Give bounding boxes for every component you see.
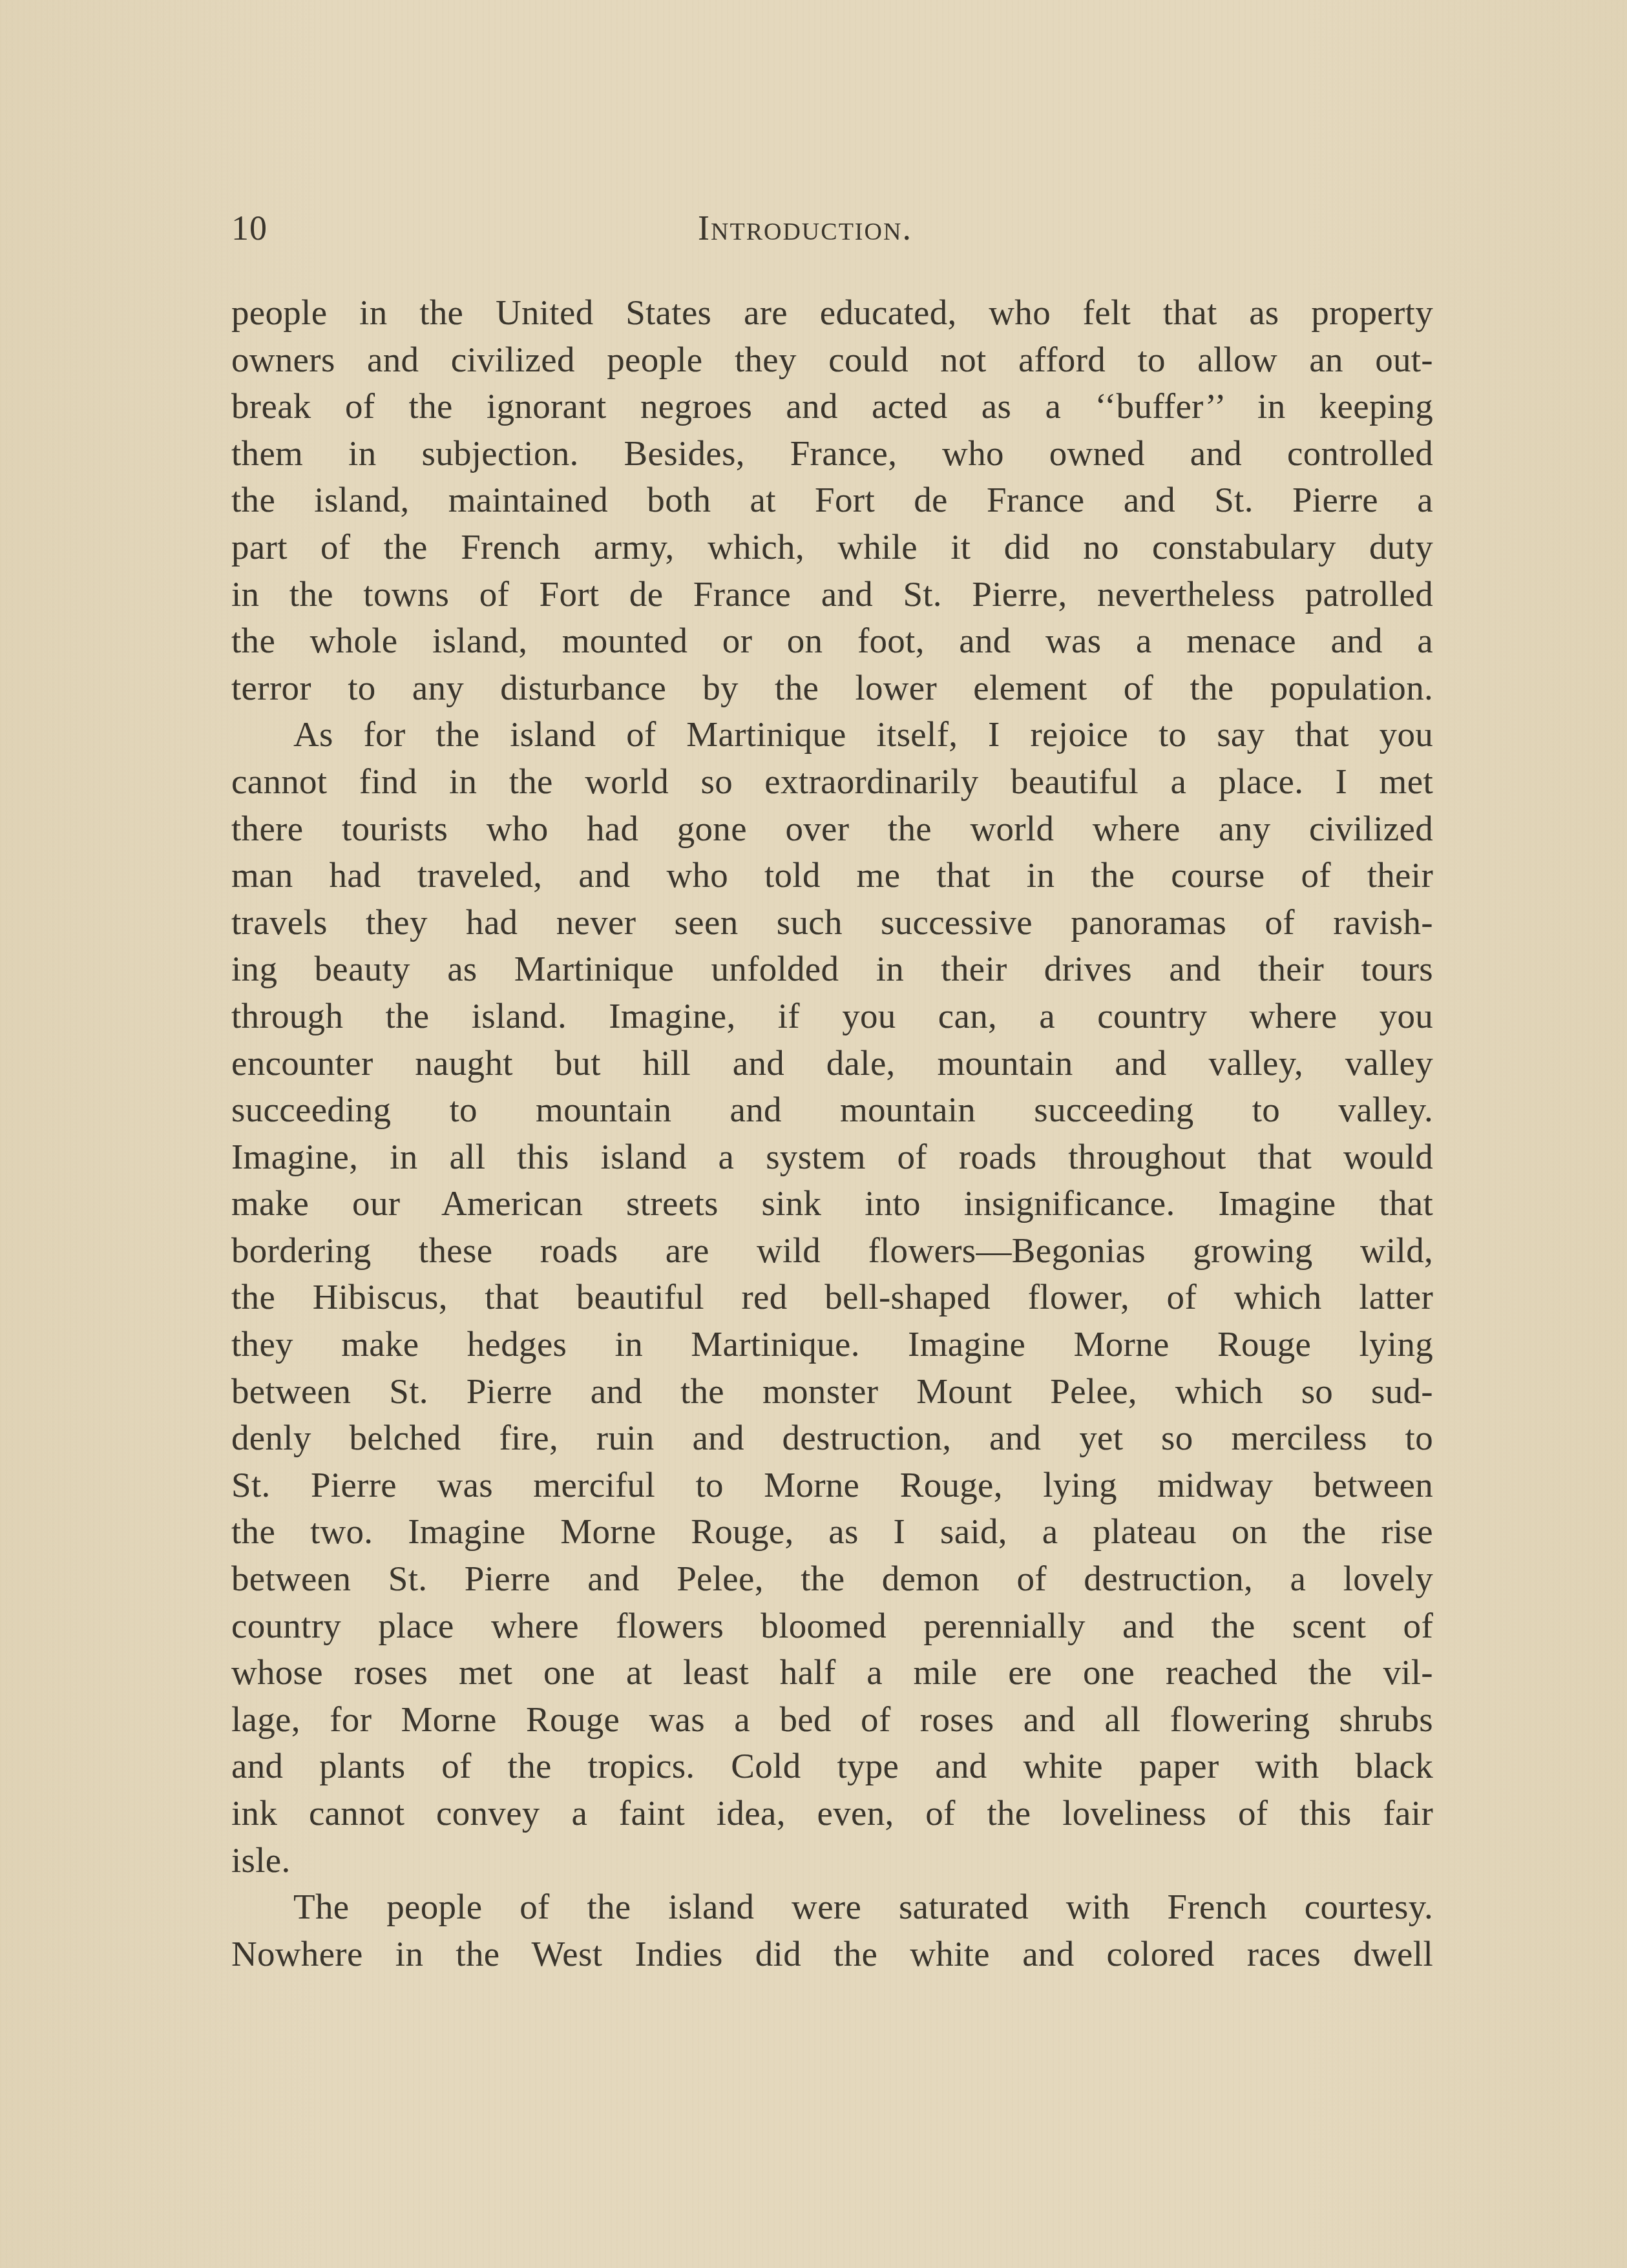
text-line: St. Pierre was merciful to Morne Rouge, … bbox=[231, 1462, 1433, 1509]
text-line: owners and civilized people they could n… bbox=[231, 337, 1433, 384]
book-page: 10 Introduction. people in the United St… bbox=[0, 0, 1627, 2268]
text-line: whose roses met one at least half a mile… bbox=[231, 1649, 1433, 1696]
running-title: Introduction. bbox=[698, 205, 912, 251]
running-head: 10 Introduction. bbox=[231, 205, 1433, 251]
text-line: man had traveled, and who told me that i… bbox=[231, 852, 1433, 899]
text-line: denly belched fire, ruin and destruction… bbox=[231, 1415, 1433, 1462]
text-line: and plants of the tropics. Cold type and… bbox=[231, 1743, 1433, 1790]
text-line: travels they had never seen such success… bbox=[231, 899, 1433, 946]
text-line: break of the ignorant negroes and acted … bbox=[231, 383, 1433, 430]
page-number: 10 bbox=[231, 205, 268, 251]
text-line: through the island. Imagine, if you can,… bbox=[231, 993, 1433, 1040]
text-line: make our American streets sink into insi… bbox=[231, 1180, 1433, 1227]
text-line: Imagine, in all this island a system of … bbox=[231, 1134, 1433, 1181]
text-line: between St. Pierre and Pelee, the demon … bbox=[231, 1555, 1433, 1603]
text-line: the island, maintained both at Fort de F… bbox=[231, 477, 1433, 524]
text-line: in the towns of Fort de France and St. P… bbox=[231, 571, 1433, 618]
text-line: there tourists who had gone over the wor… bbox=[231, 806, 1433, 853]
text-line: terror to any disturbance by the lower e… bbox=[231, 665, 1433, 712]
text-line: ink cannot convey a faint idea, even, of… bbox=[231, 1790, 1433, 1837]
text-line: lage, for Morne Rouge was a bed of roses… bbox=[231, 1696, 1433, 1743]
text-line: the Hibiscus, that beautiful red bell-sh… bbox=[231, 1274, 1433, 1321]
paragraph-end-line: isle. bbox=[231, 1837, 1433, 1884]
text-line: part of the French army, which, while it… bbox=[231, 524, 1433, 571]
text-line: between St. Pierre and the monster Mount… bbox=[231, 1368, 1433, 1415]
text-line: ing beauty as Martinique unfolded in the… bbox=[231, 946, 1433, 993]
text-line: country place where flowers bloomed pere… bbox=[231, 1603, 1433, 1650]
text-line: the two. Imagine Morne Rouge, as I said,… bbox=[231, 1508, 1433, 1555]
paragraph-start-line: As for the island of Martinique itself, … bbox=[231, 711, 1433, 758]
text-line: them in subjection. Besides, France, who… bbox=[231, 430, 1433, 477]
text-line: encounter naught but hill and dale, moun… bbox=[231, 1040, 1433, 1087]
body-text: people in the United States are educated… bbox=[231, 289, 1433, 1977]
text-line: they make hedges in Martinique. Imagine … bbox=[231, 1321, 1433, 1368]
text-line: the whole island, mounted or on foot, an… bbox=[231, 618, 1433, 665]
paragraph-start-line: The people of the island were saturated … bbox=[231, 1884, 1433, 1931]
text-line: Nowhere in the West Indies did the white… bbox=[231, 1931, 1433, 1978]
text-line: cannot find in the world so extraordinar… bbox=[231, 758, 1433, 806]
text-line: succeeding to mountain and mountain succ… bbox=[231, 1087, 1433, 1134]
text-line: people in the United States are educated… bbox=[231, 289, 1433, 337]
text-line: bordering these roads are wild flowers—B… bbox=[231, 1227, 1433, 1274]
